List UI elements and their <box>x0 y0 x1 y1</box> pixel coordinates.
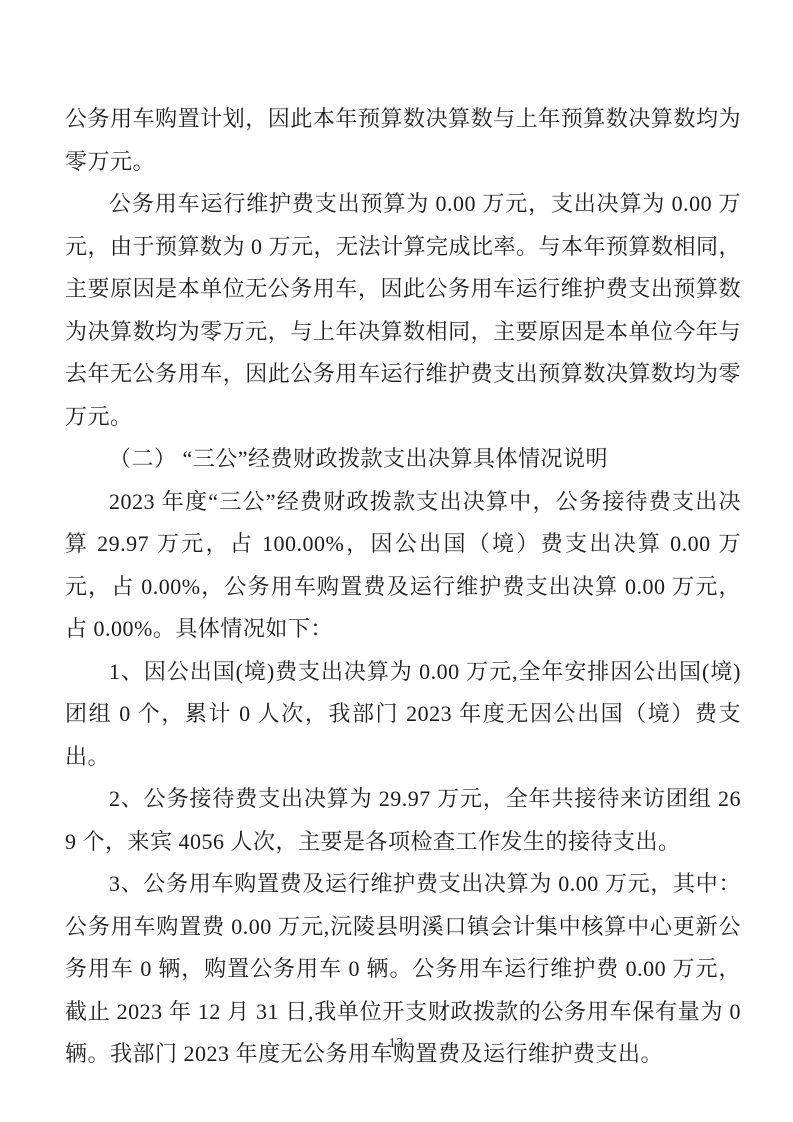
page-number: - 13 - <box>0 1035 793 1051</box>
paragraph-vehicle-maintenance: 公务用车运行维护费支出预算为 0.00 万元，支出决算为 0.00 万元，由于预… <box>65 183 741 438</box>
paragraph-continuation: 公务用车购置计划，因此本年预算数决算数与上年预算数决算数均为零万元。 <box>65 98 741 183</box>
numbered-item-reception-expense: 2、公务接待费支出决算为 29.97 万元，全年共接待来访团组 269 个，来宾… <box>65 778 741 863</box>
document-page: 公务用车购置计划，因此本年预算数决算数与上年预算数决算数均为零万元。 公务用车运… <box>0 0 793 1122</box>
paragraph-sangong-summary: 2023 年度“三公”经费财政拨款支出决算中，公务接待费支出决算 29.97 万… <box>65 481 741 651</box>
document-body: 公务用车购置计划，因此本年预算数决算数与上年预算数决算数均为零万元。 公务用车运… <box>65 98 741 1076</box>
numbered-item-abroad-expense: 1、因公出国(境)费支出决算为 0.00 万元,全年安排因公出国(境)团组 0 … <box>65 651 741 779</box>
section-heading-sangong: （二） “三公”经费财政拨款支出决算具体情况说明 <box>65 438 741 481</box>
